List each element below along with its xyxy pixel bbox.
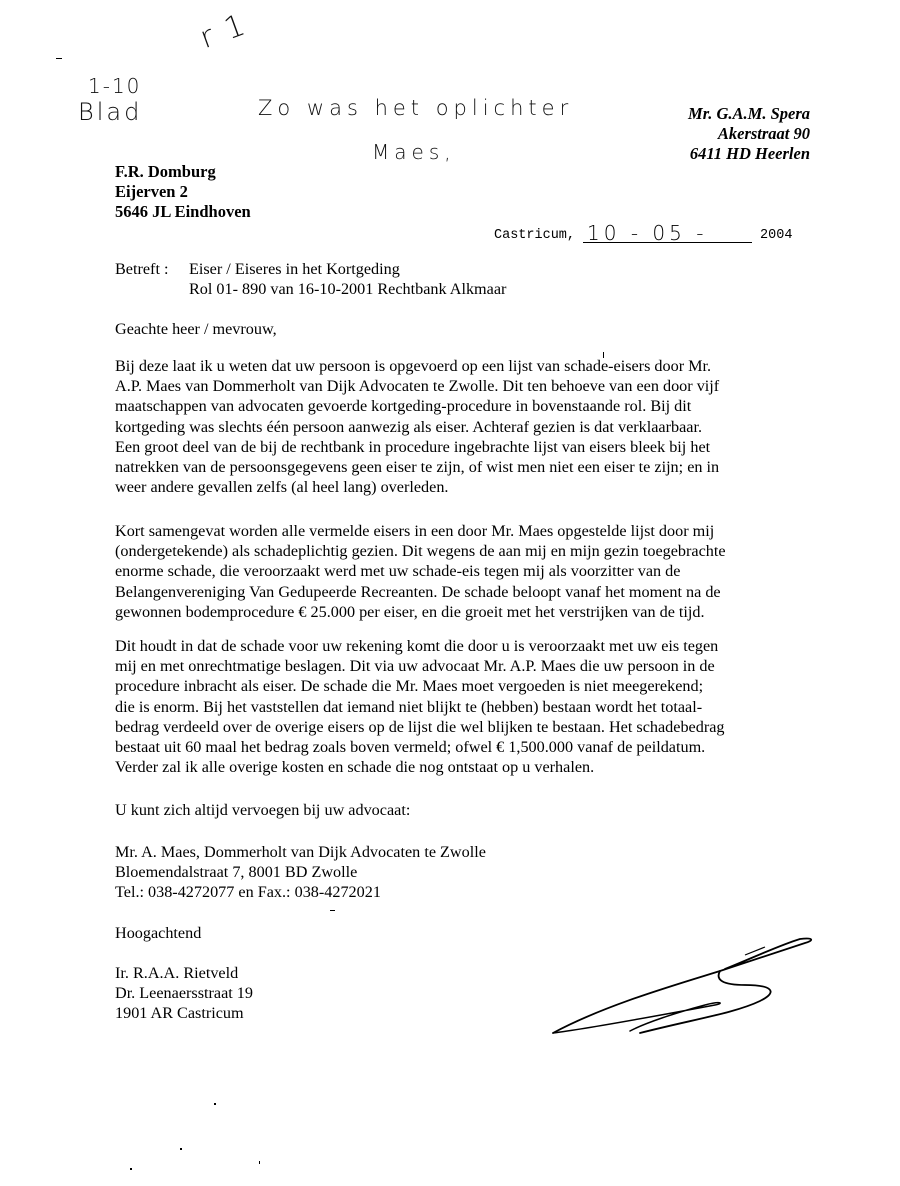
paragraph-1: Bij deze laat ik u weten dat uw persoon … [115,356,815,497]
paragraph-line: Dit houdt in dat de schade voor uw reken… [115,636,815,656]
addressee-name: F.R. Domburg [115,162,251,182]
lawyer-name: Mr. A. Maes, Dommerholt van Dijk Advocat… [115,842,486,862]
handwritten-note-name: Maes, [372,140,456,164]
paragraph-line: Belangenvereniging Van Gedupeerde Recrea… [115,582,815,602]
signature-icon [545,925,825,1045]
paragraph-line: procedure inbracht als eiser. De schade … [115,676,815,696]
handwritten-mark-r1: r 1 [195,7,251,56]
signer-street: Dr. Leenaersstraat 19 [115,983,253,1003]
paragraph-line: Een groot deel van de bij de rechtbank i… [115,437,815,457]
paragraph-2: Kort samengevat worden alle vermelde eis… [115,521,815,622]
paragraph-line: bestaat uit 60 maal het bedrag zoals bov… [115,737,815,757]
paragraph-line: Bij deze laat ik u weten dat uw persoon … [115,356,815,376]
sender-address: Mr. G.A.M. Spera Akerstraat 90 6411 HD H… [688,104,810,164]
paragraph-line: enorme schade, die veroorzaakt werd met … [115,561,815,581]
signer-address: Ir. R.A.A. Rietveld Dr. Leenaersstraat 1… [115,963,253,1024]
sender-name: Mr. G.A.M. Spera [688,104,810,124]
paragraph-3: Dit houdt in dat de schade voor uw reken… [115,636,815,777]
paragraph-line: die is enorm. Bij het vaststellen dat ie… [115,697,815,717]
paragraph-line: natrekken van de persoonsgegevens geen e… [115,457,815,477]
addressee-address: F.R. Domburg Eijerven 2 5646 JL Eindhove… [115,162,251,222]
paragraph-line: mij en met onrechtmatige beslagen. Dit v… [115,656,815,676]
salutation: Geachte heer / mevrouw, [115,319,277,339]
date-year: 2004 [760,228,792,243]
paragraph-line: Kort samengevat worden alle vermelde eis… [115,521,815,541]
paragraph-line: kortgeding was slechts één persoon aanwe… [115,417,815,437]
paragraph-line: A.P. Maes van Dommerholt van Dijk Advoca… [115,376,815,396]
handwritten-date: 10 - 05 - [583,224,752,243]
lawyer-street: Bloemendalstraat 7, 8001 BD Zwolle [115,862,486,882]
paragraph-line: maatschappen van advocaten gevoerde kort… [115,396,815,416]
paragraph-line: gewonnen bodemprocedure € 25.000 per eis… [115,602,815,622]
signer-city: 1901 AR Castricum [115,1003,253,1023]
subject-block: Betreft : Eiser / Eiseres in het Kortged… [115,259,506,299]
subject-label: Betreft : [115,259,189,279]
subject-line-1: Eiser / Eiseres in het Kortgeding [189,259,400,279]
handwritten-page-range: 1-10 [88,74,141,98]
paragraph-4: U kunt zich altijd vervoegen bij uw advo… [115,800,815,820]
lawyer-address: Mr. A. Maes, Dommerholt van Dijk Advocat… [115,842,486,903]
addressee-city: 5646 JL Eindhoven [115,202,251,222]
sender-street: Akerstraat 90 [688,124,810,144]
date-place: Castricum, [494,228,575,243]
subject-line-2: Rol 01- 890 van 16-10-2001 Rechtbank Alk… [189,279,506,299]
paragraph-line: bedrag verdeeld over de overige eisers o… [115,717,815,737]
paragraph-line: (ondergetekende) als schadeplichtig gezi… [115,541,815,561]
handwritten-blad: Blad [78,98,142,126]
date-line: Castricum, 10 - 05 - 2004 [494,224,792,243]
addressee-street: Eijerven 2 [115,182,251,202]
signer-name: Ir. R.A.A. Rietveld [115,963,253,983]
paragraph-line: weer andere gevallen zelfs (al heel lang… [115,477,815,497]
handwritten-note: Zo was het oplichter [258,96,573,120]
closing: Hoogachtend [115,923,201,943]
sender-city: 6411 HD Heerlen [688,144,810,164]
paragraph-line: U kunt zich altijd vervoegen bij uw advo… [115,800,815,820]
lawyer-phone-fax: Tel.: 038-4272077 en Fax.: 038-4272021 [115,882,486,902]
paragraph-line: Verder zal ik alle overige kosten en sch… [115,757,815,777]
